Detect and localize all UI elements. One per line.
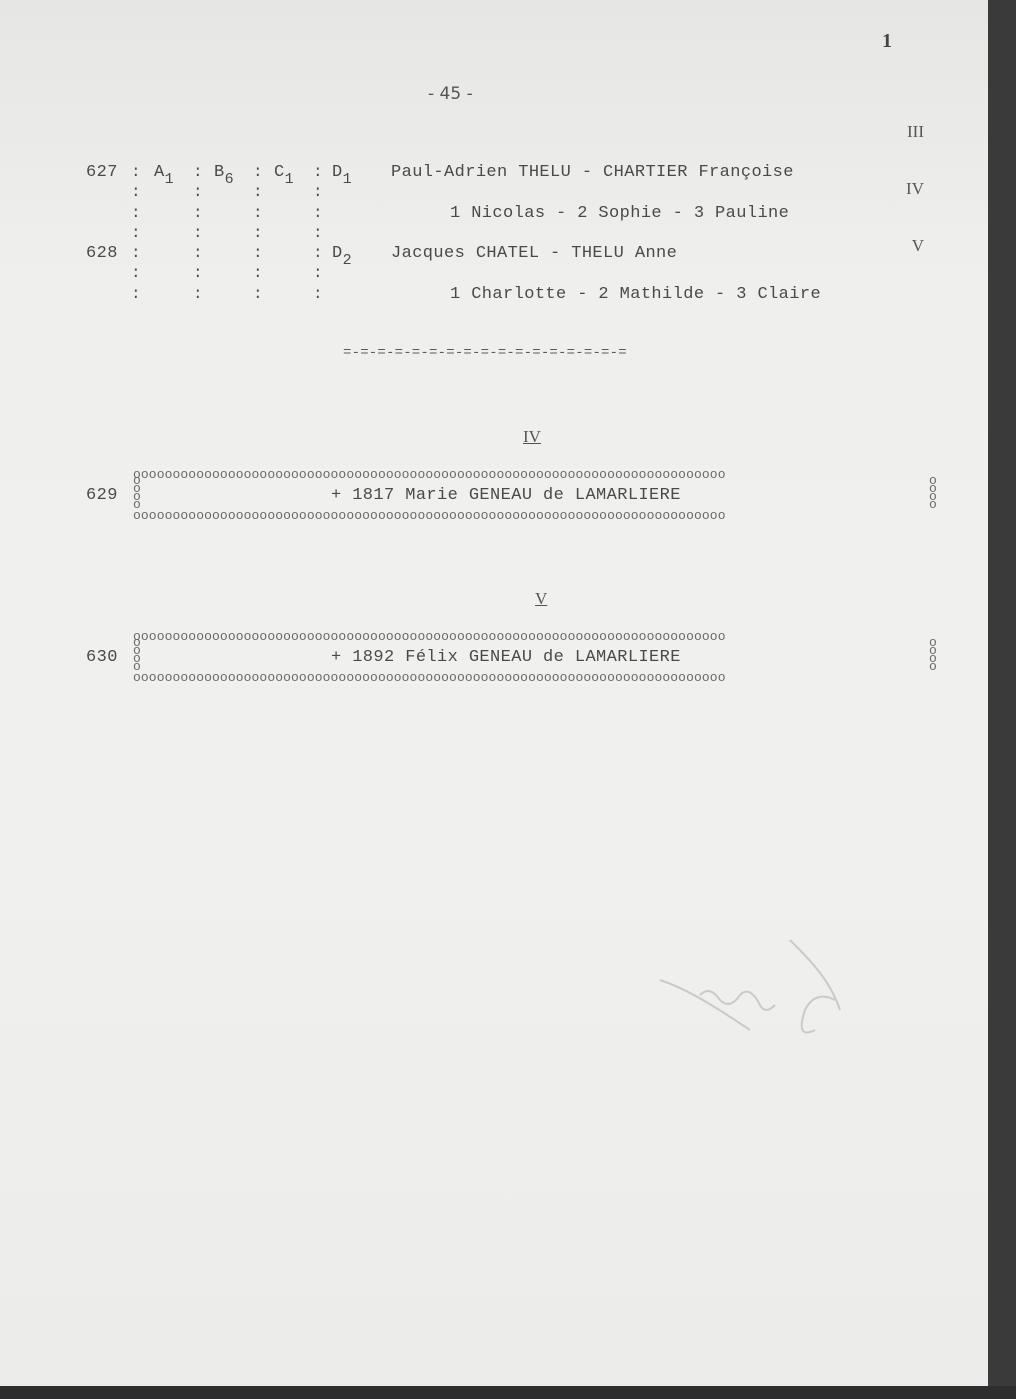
lineage-colon: : (253, 285, 263, 303)
ring-border-side: oooo (133, 639, 143, 671)
section-heading-iv: IV (523, 427, 541, 447)
lineage-colon: : (193, 244, 203, 262)
lineage-colon: : (313, 285, 323, 303)
lineage-colon: : (253, 183, 263, 201)
ring-border-bottom: oooooooooooooooooooooooooooooooooooooooo… (133, 671, 726, 684)
death-record-629: + 1817 Marie GENEAU de LAMARLIERE (331, 486, 681, 505)
lineage-a: A1 (154, 163, 174, 182)
lineage-colon: : (193, 183, 203, 201)
section-heading-v: V (535, 589, 547, 609)
children-line: 1 Nicolas - 2 Sophie - 3 Pauline (450, 204, 789, 223)
lineage-colon: : (193, 163, 203, 181)
generation-index-item: III (880, 122, 924, 141)
document-page: 1 - 45 - III IV V 627 A1 B6 C1 D1 Paul-A… (0, 0, 988, 1386)
lineage-colon: : (313, 204, 323, 222)
lineage-colon: : (313, 244, 323, 262)
scan-border-right (988, 0, 1016, 1399)
lineage-colon: : (193, 285, 203, 303)
lineage-d: D1 (332, 163, 352, 182)
entry-number: 629 (86, 486, 118, 505)
lineage-colon: : (313, 224, 323, 242)
lineage-d: D2 (332, 244, 352, 263)
lineage-c: C1 (274, 163, 294, 182)
lineage-colon: : (131, 204, 141, 222)
lineage-colon: : (131, 224, 141, 242)
generation-index-item: V (880, 236, 924, 255)
ring-border-side: oooo (929, 477, 939, 509)
lineage-colon: : (253, 224, 263, 242)
lineage-colon: : (253, 163, 263, 181)
section-separator: =-=-=-=-=-=-=-=-=-=-=-=-=-=-=-=-= (343, 345, 627, 361)
children-line: 1 Charlotte - 2 Mathilde - 3 Claire (450, 285, 821, 304)
lineage-colon: : (131, 183, 141, 201)
corner-mark: 1 (882, 30, 892, 53)
entry-number: 627 (86, 163, 118, 182)
entry-number: 630 (86, 648, 118, 667)
lineage-colon: : (131, 285, 141, 303)
handwritten-annotation-mark (640, 920, 870, 1060)
lineage-b: B6 (214, 163, 234, 182)
page-number: - 45 - (428, 84, 473, 104)
entry-number: 628 (86, 244, 118, 263)
generation-index-item: IV (880, 179, 924, 198)
scan-border-bottom (0, 1386, 1016, 1399)
lineage-colon: : (131, 244, 141, 262)
lineage-colon: : (253, 264, 263, 282)
death-record-630: + 1892 Félix GENEAU de LAMARLIERE (331, 648, 681, 667)
lineage-colon: : (313, 163, 323, 181)
ring-border-side: oooo (929, 639, 939, 671)
generation-index: III IV V (880, 84, 924, 293)
ring-border-side: oooo (133, 477, 143, 509)
lineage-colon: : (193, 224, 203, 242)
ring-border-top: oooooooooooooooooooooooooooooooooooooooo… (133, 468, 726, 481)
ring-border-bottom: oooooooooooooooooooooooooooooooooooooooo… (133, 509, 726, 522)
lineage-colon: : (253, 244, 263, 262)
lineage-colon: : (193, 204, 203, 222)
lineage-colon: : (131, 163, 141, 181)
couple-line: Jacques CHATEL - THELU Anne (391, 244, 677, 263)
lineage-colon: : (131, 264, 141, 282)
lineage-colon: : (193, 264, 203, 282)
lineage-colon: : (313, 264, 323, 282)
ring-border-top: oooooooooooooooooooooooooooooooooooooooo… (133, 630, 726, 643)
lineage-colon: : (313, 183, 323, 201)
couple-line: Paul-Adrien THELU - CHARTIER Françoise (391, 163, 794, 182)
lineage-colon: : (253, 204, 263, 222)
